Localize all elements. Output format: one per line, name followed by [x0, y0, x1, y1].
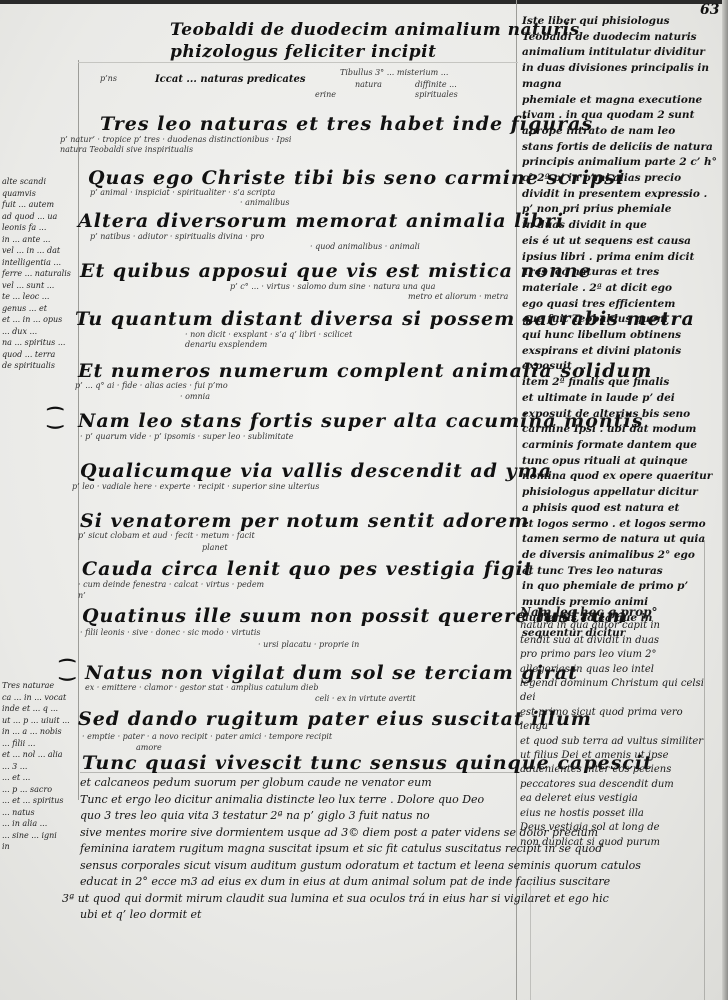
heading-gloss-under2: spirituales: [415, 90, 458, 99]
verse-line: Sed dando rugitum pater eius suscitat il…: [78, 708, 592, 730]
verse-gloss: p’ ... q° ai · fide · alias acies · fui …: [75, 381, 228, 390]
commentary-line: et quod sub terra ad vultus similiter: [520, 735, 712, 749]
heading-gloss-right2: natura: [355, 80, 382, 89]
verse-gloss-above: amore: [136, 743, 162, 752]
commentary-line: eius ne hostis posset illa: [520, 807, 712, 821]
verse-line: Altera diversorum memorat animalia libri: [78, 210, 564, 232]
commentary-line: ipsius libri . prima enim dicit: [522, 250, 718, 266]
verse-gloss: · emptie · pater · a novo recipit · pate…: [82, 732, 332, 741]
commentary-line: Nam leo hec g prop°: [520, 605, 712, 619]
margin-line: ... in alia ...: [2, 818, 72, 830]
right-commentary-column-2: Nam leo hec g prop° natura in qua autor …: [520, 605, 712, 850]
margin-line: in ... a ... nobis: [2, 726, 72, 738]
verse-line: Tres leo naturas et tres habet inde figu…: [100, 113, 593, 135]
margin-line: ferre ... naturalis: [2, 268, 72, 280]
commentary-line: tivam . in qua quodam 2 sunt: [522, 108, 718, 124]
verse-gloss-2: denariu exsplendem: [185, 340, 267, 349]
page-right-edge: [722, 0, 728, 1000]
verse-gloss: p’ leo · vadiale here · experte · recipi…: [72, 482, 319, 491]
verse-line: Et quibus apposui que vis est mistica no…: [80, 260, 592, 282]
verse-gloss-2: · animalibus: [240, 198, 289, 207]
commentary-line: principis animalium parte 2 c’ h°: [522, 155, 718, 171]
manuscript-page: 63 Teobaldi de duodecim animalium naturi…: [0, 0, 728, 1000]
commentary-line: stans fortis de deliciis de natura: [522, 140, 718, 156]
commentary-line: tunc opus rituali at quinque: [522, 454, 718, 470]
verse-gloss-2: planet: [202, 543, 228, 552]
margin-line: ca ... in ... vocat: [2, 692, 72, 704]
verse-gloss: p’ animal · inspiciat · spiritualiter · …: [90, 188, 275, 197]
verse-line: Natus non vigilat dum sol se terciam gir…: [85, 662, 578, 684]
commentary-line: que fuit Teobaldus quem: [522, 312, 718, 328]
heading-gloss-mid: Iccat ... naturas predicates: [155, 74, 305, 85]
verse-gloss: · non dicit · exsplant · s’a q’ libri · …: [185, 330, 352, 339]
verse-gloss-2: n’: [78, 591, 86, 600]
margin-line: ... p ... sacro: [2, 784, 72, 796]
commentary-line: ubi et q’ leo dormit et: [80, 907, 720, 924]
left-margin-gloss-top: alte scandi quamvis fuit ... autem ad qu…: [2, 176, 72, 372]
commentary-line: Teobaldi de duodecim naturis: [522, 30, 718, 46]
commentary-line: Deus vestigia sol at long de: [520, 821, 712, 835]
margin-line: na ... spiritus ...: [2, 337, 72, 349]
margin-line: Tres naturae: [2, 680, 72, 692]
verse-gloss: ex · emittere · clamor · gestor stat · a…: [85, 683, 318, 692]
commentary-line: c° 2ª p’ in p’mi alias precio: [522, 171, 718, 187]
verse-gloss: p’ natur’ · tropice p’ tres · duodenas d…: [60, 135, 291, 144]
commentary-line: aprope intrato de nam leo: [522, 124, 718, 140]
verse-gloss: · cum deinde fenestra · calcat · virtus …: [78, 580, 264, 589]
margin-line: vel ... in ... dat: [2, 245, 72, 257]
verse-gloss-2: celi · ex in virtute avertit: [315, 694, 416, 703]
commentary-line: exposuit de alterius bis seno: [522, 407, 718, 423]
commentary-line: tendit sua at dividit in duas: [520, 634, 712, 648]
heading-gloss-right3: diffinite ...: [415, 80, 457, 89]
commentary-line: phisiologus appellatur dicitur: [522, 485, 718, 501]
commentary-line: animalium intitulatur dividitur: [522, 45, 718, 61]
margin-line: et ... in ... opus: [2, 314, 72, 326]
margin-line: alte scandi quamvis: [2, 176, 72, 199]
margin-line: ... filii ...: [2, 738, 72, 750]
ruling-line-top: [78, 62, 518, 63]
margin-line: fuit ... autem: [2, 199, 72, 211]
margin-line: ... et ...: [2, 772, 72, 784]
commentary-line: ea deleret eius vestigia: [520, 792, 712, 806]
verse-line: Qualicumque via vallis descendit ad yma: [80, 460, 552, 482]
commentary-line: Tres leo naturas et tres: [522, 265, 718, 281]
commentary-line: pro primo pars leo vium 2°: [520, 648, 712, 662]
verse-line: Cauda circa lenit quo pes vestigia figit: [82, 558, 533, 580]
commentary-line: materiale . 2ª at dicit ego: [522, 281, 718, 297]
margin-line: leonis fa ...: [2, 222, 72, 234]
margin-line: et ... nol ... alia: [2, 749, 72, 761]
verse-gloss-2: natura Teobaldi sive inspiritualis: [60, 145, 193, 154]
commentary-line: non duplicat si quod purum: [520, 836, 712, 850]
margin-line: ad quod ... ua: [2, 211, 72, 223]
verse-gloss: p’ natibus · adiutor · spiritualis divin…: [90, 232, 264, 241]
commentary-line: natura in qua autor capit in: [520, 619, 712, 633]
page-top-edge: [0, 0, 728, 4]
verse-gloss-2: metro et aliorum · metra: [408, 292, 508, 301]
commentary-line: p’ non pri prius phemiale: [522, 202, 718, 218]
commentary-line: et tunc Tres leo naturas: [522, 564, 718, 580]
margin-line: de spiritualis: [2, 360, 72, 372]
commentary-line: allegorias in quas leo intel: [520, 663, 712, 677]
heading-gloss-right1: Tibullus 3° ... misterium ...: [340, 68, 448, 77]
heading-line-2: phizologus feliciter incipit: [170, 42, 436, 62]
verse-gloss: · p’ quarum vide · p’ ipsomis · super le…: [80, 432, 293, 441]
heading-gloss-under: erine: [315, 90, 336, 99]
margin-line: intelligentia ...: [2, 257, 72, 269]
commentary-line: est primo sicut quod prima vero lenga: [520, 706, 712, 735]
commentary-line: carmine Ipsi . ubi dat modum: [522, 422, 718, 438]
right-commentary-column: Iste liber qui phisiologus Teobaldi de d…: [522, 14, 718, 642]
commentary-line: in duas dividit in que: [522, 218, 718, 234]
left-margin-gloss-bottom: Tres naturae ca ... in ... vocat inde et…: [2, 680, 72, 853]
margin-line: ... sine ... igni: [2, 830, 72, 842]
commentary-line: eis é ut ut sequens est causa: [522, 234, 718, 250]
paragraph-mark: ⁐: [60, 660, 74, 681]
commentary-line: nomina quod ex opere quaeritur: [522, 469, 718, 485]
margin-line: ... et ... spiritus: [2, 795, 72, 807]
commentary-line: sensus corporales sicut visum auditum gu…: [80, 858, 720, 875]
verse-gloss-2: · omnia: [180, 392, 210, 401]
commentary-line: ut filius Dei et amenis ut ipse: [520, 749, 712, 763]
verse-line: Si venatorem per notum sentit adorem: [80, 510, 529, 532]
commentary-line: educat in 2° ecce m3 ad eius ex dum in e…: [80, 874, 720, 891]
commentary-line: et ultimate in laude p’ dei: [522, 391, 718, 407]
verse-gloss: p’ sicut clobam et aud · fecit · metum ·…: [78, 531, 255, 540]
verse-gloss: · filii leonis · sive · donec · sic modo…: [80, 628, 260, 637]
commentary-line: dividit in presentem expressio .: [522, 187, 718, 203]
commentary-line: aduenientes inter eos peciens: [520, 763, 712, 777]
margin-line: genus ... et: [2, 303, 72, 315]
margin-line: inde et ... q ...: [2, 703, 72, 715]
margin-line: quod ... terra: [2, 349, 72, 361]
commentary-line: item 2ª finalis que finalis: [522, 375, 718, 391]
margin-line: ... 3 ...: [2, 761, 72, 773]
commentary-line: Iste liber qui phisiologus: [522, 14, 718, 30]
commentary-line: 3ª ut quod qui dormit mirum claudit sua …: [62, 891, 720, 908]
commentary-line: phemiale et magna executione: [522, 93, 718, 109]
verse-gloss-2: · quod animalibus · animali: [310, 242, 420, 251]
margin-line: in: [2, 841, 72, 853]
commentary-line: carminis formate dantem que: [522, 438, 718, 454]
margin-line: ... natus: [2, 807, 72, 819]
heading-gloss-left: p’ns: [100, 74, 117, 83]
verse-gloss-2: · ursi placatu · proprie in: [258, 640, 359, 649]
margin-line: te ... leoc ...: [2, 291, 72, 303]
commentary-line: qui hunc libellum obtinens: [522, 328, 718, 344]
commentary-line: tamen sermo de natura ut quia: [522, 532, 718, 548]
margin-line: ... dux ...: [2, 326, 72, 338]
commentary-line: in quo phemiale de primo p’: [522, 579, 718, 595]
commentary-line: de diversis animalibus 2° ego: [522, 548, 718, 564]
paragraph-mark: ⁐: [48, 408, 62, 429]
commentary-line: in duas divisiones principalis in magna: [522, 61, 718, 92]
commentary-line: ego quasi tres efficientem: [522, 297, 718, 313]
margin-line: vel ... sunt ...: [2, 280, 72, 292]
commentary-line: legendi dominum Christum qui celsi dei: [520, 677, 712, 706]
commentary-line: exposuit ...: [522, 359, 718, 375]
margin-line: ut ... p ... uiuit ...: [2, 715, 72, 727]
verse-gloss: p’ c° ... · virtus · salomo dum sine · n…: [230, 282, 435, 291]
commentary-line: et logos sermo . et logos sermo: [522, 517, 718, 533]
commentary-line: peccatores sua descendit dum: [520, 778, 712, 792]
heading-line-1: Teobaldi de duodecim animalium naturis: [170, 20, 580, 40]
commentary-line: a phisis quod est natura et: [522, 501, 718, 517]
commentary-line: exspirans et divini platonis: [522, 344, 718, 360]
margin-line: in ... ante ...: [2, 234, 72, 246]
